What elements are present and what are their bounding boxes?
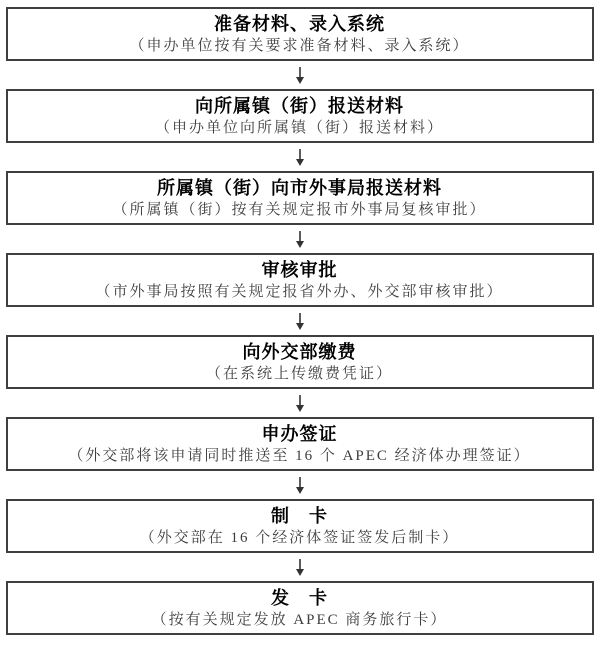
flow-step-apply-visa: 申办签证 （外交部将该申请同时推送至 16 个 APEC 经济体办理签证） — [6, 417, 594, 471]
apec-card-process-flowchart: 准备材料、录入系统 （申办单位按有关要求准备材料、录入系统） 向所属镇（街）报送… — [0, 0, 599, 635]
step-title: 所属镇（街）向市外事局报送材料 — [157, 177, 442, 199]
step-subtitle: （按有关规定发放 APEC 商务旅行卡） — [152, 611, 448, 630]
flow-step-submit-to-town: 向所属镇（街）报送材料 （申办单位向所属镇（街）报送材料） — [6, 89, 594, 143]
step-title: 审核审批 — [262, 259, 338, 281]
step-title: 准备材料、录入系统 — [214, 13, 385, 35]
step-title: 发 卡 — [271, 587, 328, 609]
step-title: 申办签证 — [262, 423, 338, 445]
flow-connector — [293, 225, 307, 253]
down-arrow-icon — [293, 313, 307, 330]
flow-connector — [293, 553, 307, 581]
step-title: 向所属镇（街）报送材料 — [195, 95, 404, 117]
flow-step-town-to-foreign-affairs: 所属镇（街）向市外事局报送材料 （所属镇（街）按有关规定报市外事局复核审批） — [6, 171, 594, 225]
step-subtitle: （外交部在 16 个经济体签证签发后制卡） — [140, 529, 460, 548]
flow-step-pay-fee: 向外交部缴费 （在系统上传缴费凭证） — [6, 335, 594, 389]
down-arrow-icon — [293, 67, 307, 84]
flow-step-review-approval: 审核审批 （市外事局按照有关规定报省外办、外交部审核审批） — [6, 253, 594, 307]
down-arrow-icon — [293, 149, 307, 166]
flow-step-issue-card: 发 卡 （按有关规定发放 APEC 商务旅行卡） — [6, 581, 594, 635]
step-subtitle: （在系统上传缴费凭证） — [206, 365, 393, 384]
flow-step-make-card: 制 卡 （外交部在 16 个经济体签证签发后制卡） — [6, 499, 594, 553]
flow-connector — [293, 389, 307, 417]
flow-connector — [293, 471, 307, 499]
flow-connector — [293, 61, 307, 89]
down-arrow-icon — [293, 559, 307, 576]
step-subtitle: （市外事局按照有关规定报省外办、外交部审核审批） — [95, 283, 503, 302]
down-arrow-icon — [293, 395, 307, 412]
step-subtitle: （申办单位按有关要求准备材料、录入系统） — [129, 37, 469, 56]
down-arrow-icon — [293, 231, 307, 248]
flow-connector — [293, 143, 307, 171]
down-arrow-icon — [293, 477, 307, 494]
step-title: 制 卡 — [271, 505, 328, 527]
flow-step-prepare-materials: 准备材料、录入系统 （申办单位按有关要求准备材料、录入系统） — [6, 7, 594, 61]
step-subtitle: （所属镇（街）按有关规定报市外事局复核审批） — [112, 201, 486, 220]
step-subtitle: （外交部将该申请同时推送至 16 个 APEC 经济体办理签证） — [68, 447, 530, 466]
step-subtitle: （申办单位向所属镇（街）报送材料） — [155, 119, 444, 138]
step-title: 向外交部缴费 — [243, 341, 357, 363]
flow-connector — [293, 307, 307, 335]
